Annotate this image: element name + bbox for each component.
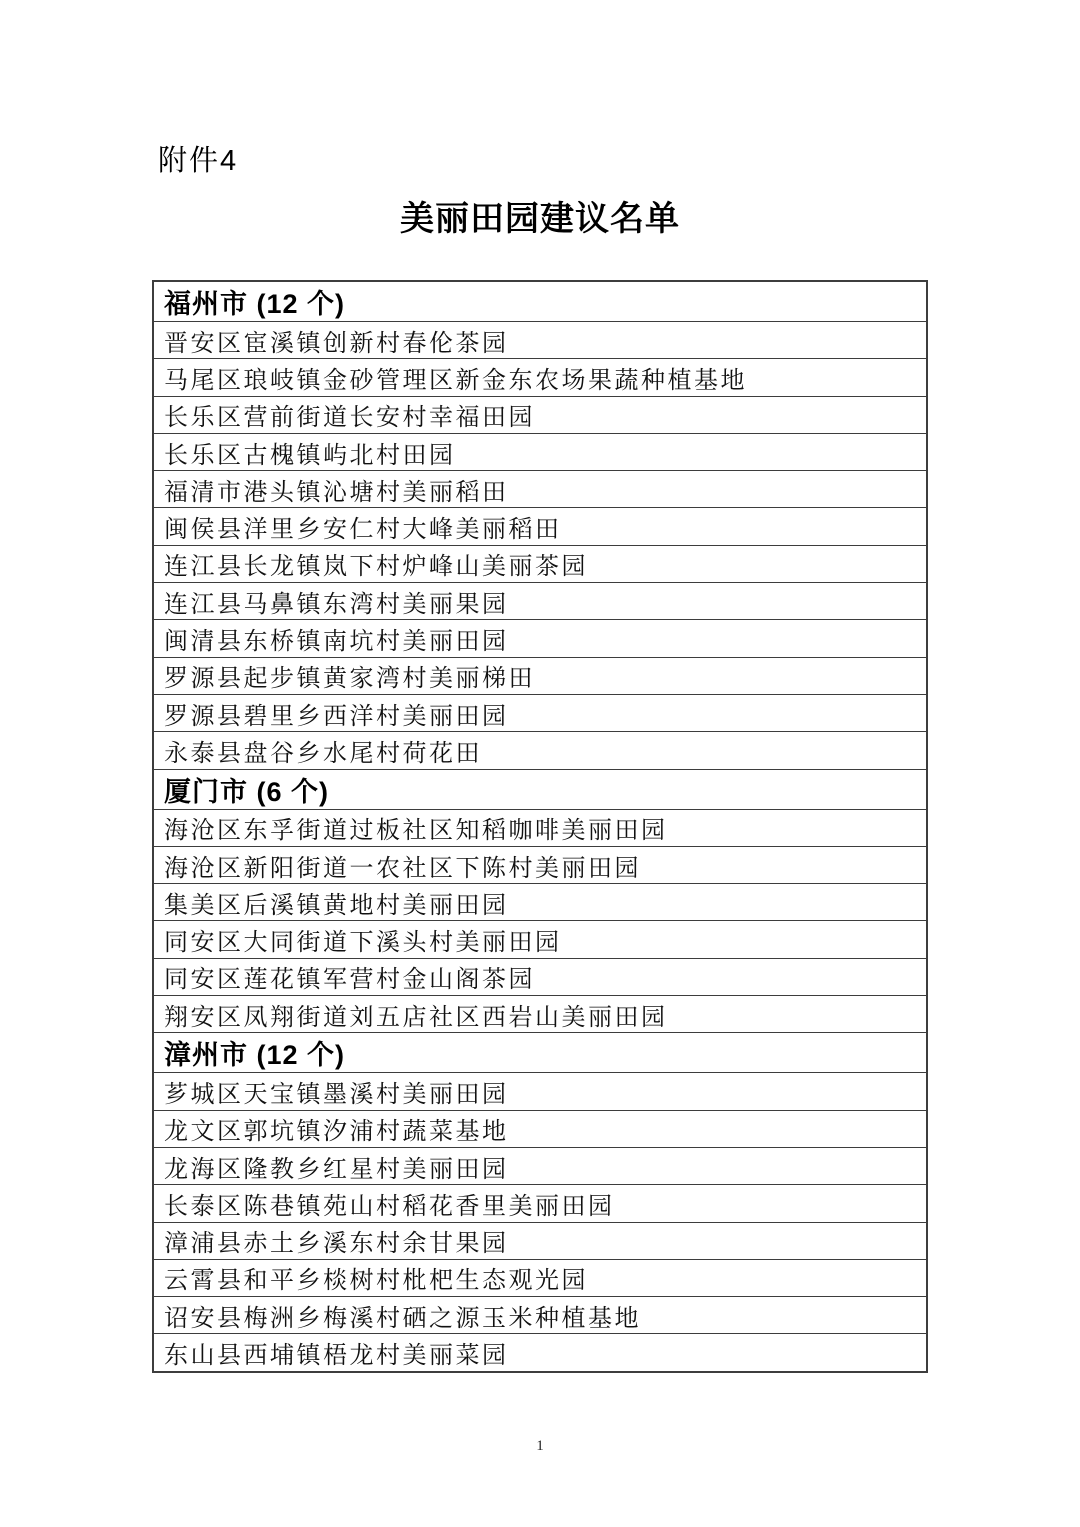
farmland-list-body: 福州市 (12 个) 晋安区宦溪镇创新村春伦茶园 马尾区琅岐镇金砂管理区新金东农… (153, 281, 927, 1372)
item-cell: 龙文区郭坑镇汐浦村蔬菜基地 (153, 1110, 927, 1147)
table-row: 永泰县盘谷乡水尾村荷花田 (153, 732, 927, 769)
city-header-cell: 福州市 (12 个) (153, 281, 927, 322)
table-row: 长泰区陈巷镇苑山村稻花香里美丽田园 (153, 1185, 927, 1222)
item-cell: 连江县马鼻镇东湾村美丽果园 (153, 583, 927, 620)
table-row: 漳浦县赤土乡溪东村余甘果园 (153, 1222, 927, 1259)
table-row: 东山县西埔镇梧龙村美丽菜园 (153, 1334, 927, 1372)
item-cell: 永泰县盘谷乡水尾村荷花田 (153, 732, 927, 769)
item-cell: 同安区莲花镇军营村金山阁茶园 (153, 958, 927, 995)
farmland-list-table: 福州市 (12 个) 晋安区宦溪镇创新村春伦茶园 马尾区琅岐镇金砂管理区新金东农… (152, 280, 928, 1373)
page-title: 美丽田园建议名单 (0, 191, 1080, 240)
table-row: 芗城区天宝镇墨溪村美丽田园 (153, 1073, 927, 1110)
item-cell: 海沧区东孚街道过板社区知稻咖啡美丽田园 (153, 809, 927, 846)
item-cell: 东山县西埔镇梧龙村美丽菜园 (153, 1334, 927, 1372)
table-row: 马尾区琅岐镇金砂管理区新金东农场果蔬种植基地 (153, 359, 927, 396)
item-cell: 长泰区陈巷镇苑山村稻花香里美丽田园 (153, 1185, 927, 1222)
table-row: 龙海区隆教乡红星村美丽田园 (153, 1147, 927, 1184)
item-cell: 罗源县起步镇黄家湾村美丽梯田 (153, 657, 927, 694)
item-cell: 长乐区古槐镇屿北村田园 (153, 433, 927, 470)
table-row: 翔安区凤翔街道刘五店社区西岩山美丽田园 (153, 996, 927, 1033)
city-header-cell: 漳州市 (12 个) (153, 1033, 927, 1073)
table-row: 集美区后溪镇黄地村美丽田园 (153, 884, 927, 921)
item-cell: 连江县长龙镇岚下村炉峰山美丽茶园 (153, 545, 927, 582)
table-row: 云霄县和平乡棪树村枇杷生态观光园 (153, 1259, 927, 1296)
city-header-row-fuzhou: 福州市 (12 个) (153, 281, 927, 322)
table-row: 罗源县碧里乡西洋村美丽田园 (153, 694, 927, 731)
table-row: 诏安县梅洲乡梅溪村硒之源玉米种植基地 (153, 1297, 927, 1334)
item-cell: 罗源县碧里乡西洋村美丽田园 (153, 694, 927, 731)
table-row: 长乐区营前街道长安村幸福田园 (153, 396, 927, 433)
document-page: 附件4 美丽田园建议名单 福州市 (12 个) 晋安区宦溪镇创新村春伦茶园 马尾… (0, 0, 1080, 1527)
city-header-row-zhangzhou: 漳州市 (12 个) (153, 1033, 927, 1073)
item-cell: 漳浦县赤土乡溪东村余甘果园 (153, 1222, 927, 1259)
item-cell: 诏安县梅洲乡梅溪村硒之源玉米种植基地 (153, 1297, 927, 1334)
table-row: 海沧区新阳街道一农社区下陈村美丽田园 (153, 846, 927, 883)
table-row: 福清市港头镇沁塘村美丽稻田 (153, 471, 927, 508)
item-cell: 福清市港头镇沁塘村美丽稻田 (153, 471, 927, 508)
table-row: 龙文区郭坑镇汐浦村蔬菜基地 (153, 1110, 927, 1147)
item-cell: 翔安区凤翔街道刘五店社区西岩山美丽田园 (153, 996, 927, 1033)
table-row: 闽清县东桥镇南坑村美丽田园 (153, 620, 927, 657)
table-row: 连江县长龙镇岚下村炉峰山美丽茶园 (153, 545, 927, 582)
item-cell: 云霄县和平乡棪树村枇杷生态观光园 (153, 1259, 927, 1296)
city-header-row-xiamen: 厦门市 (6 个) (153, 769, 927, 809)
item-cell: 长乐区营前街道长安村幸福田园 (153, 396, 927, 433)
item-cell: 同安区大同街道下溪头村美丽田园 (153, 921, 927, 958)
attachment-label: 附件4 (158, 138, 238, 179)
city-header-cell: 厦门市 (6 个) (153, 769, 927, 809)
item-cell: 海沧区新阳街道一农社区下陈村美丽田园 (153, 846, 927, 883)
item-cell: 集美区后溪镇黄地村美丽田园 (153, 884, 927, 921)
table-row: 长乐区古槐镇屿北村田园 (153, 433, 927, 470)
item-cell: 晋安区宦溪镇创新村春伦茶园 (153, 322, 927, 359)
item-cell: 马尾区琅岐镇金砂管理区新金东农场果蔬种植基地 (153, 359, 927, 396)
table-row: 同安区莲花镇军营村金山阁茶园 (153, 958, 927, 995)
table-row: 海沧区东孚街道过板社区知稻咖啡美丽田园 (153, 809, 927, 846)
table-row: 连江县马鼻镇东湾村美丽果园 (153, 583, 927, 620)
item-cell: 龙海区隆教乡红星村美丽田园 (153, 1147, 927, 1184)
table-row: 闽侯县洋里乡安仁村大峰美丽稻田 (153, 508, 927, 545)
page-number: 1 (0, 1438, 1080, 1455)
item-cell: 闽侯县洋里乡安仁村大峰美丽稻田 (153, 508, 927, 545)
table-row: 晋安区宦溪镇创新村春伦茶园 (153, 322, 927, 359)
table-row: 同安区大同街道下溪头村美丽田园 (153, 921, 927, 958)
item-cell: 闽清县东桥镇南坑村美丽田园 (153, 620, 927, 657)
item-cell: 芗城区天宝镇墨溪村美丽田园 (153, 1073, 927, 1110)
table-row: 罗源县起步镇黄家湾村美丽梯田 (153, 657, 927, 694)
